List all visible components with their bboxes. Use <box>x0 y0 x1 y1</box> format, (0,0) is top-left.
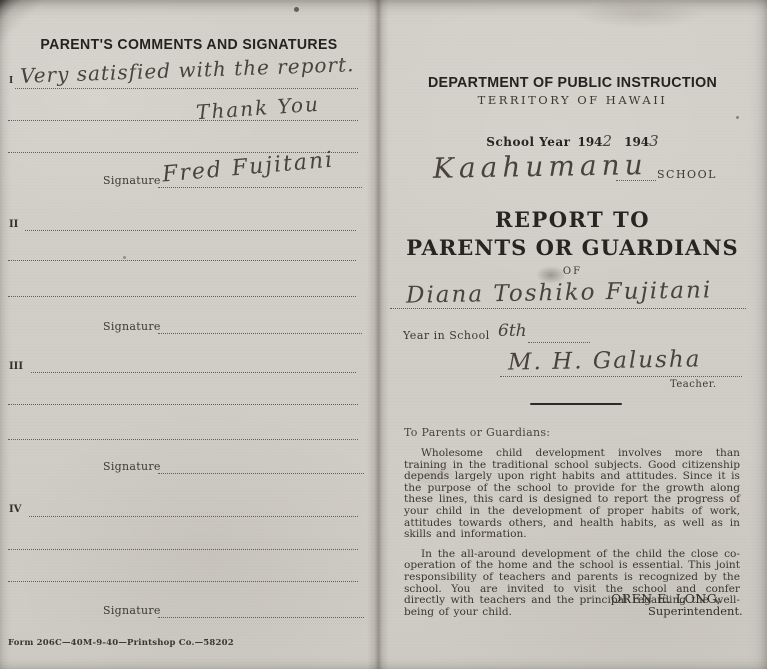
paper-speck <box>736 116 739 119</box>
salutation: To Parents or Guardians: <box>404 426 550 439</box>
dotted-line <box>8 581 358 582</box>
paper-speck <box>341 60 344 63</box>
school-year-line: School Year 194 2 194 3 <box>378 132 767 150</box>
section-numeral: II <box>9 219 18 230</box>
dotted-line <box>31 372 356 373</box>
page-title: PARENT'S COMMENTS AND SIGNATURES <box>11 36 366 53</box>
school-year-label: School Year <box>486 135 570 149</box>
school-year-prefix: 194 <box>577 135 602 149</box>
dotted-line <box>8 404 358 405</box>
section-numeral: I <box>9 76 13 86</box>
teacher-label: Teacher. <box>670 379 717 390</box>
paper-speck <box>294 7 299 12</box>
divider-rule <box>530 403 622 405</box>
paper-speck <box>123 256 126 259</box>
dotted-line <box>8 260 356 261</box>
school-year-prefix: 194 <box>624 135 649 149</box>
dotted-line <box>8 549 358 550</box>
territory-subtitle: TERRITORY OF HAWAII <box>378 93 767 107</box>
form-number: Form 206C—40M-9-40—Printshop Co.—58202 <box>8 638 234 648</box>
dotted-line <box>8 439 358 440</box>
superintendent-title: Superintendent. <box>648 604 743 618</box>
paper-stain <box>404 462 464 488</box>
dotted-line <box>158 617 364 618</box>
section-numeral: IV <box>9 504 21 515</box>
school-year-digit-handwriting: 2 <box>603 132 613 150</box>
dotted-line <box>500 376 742 377</box>
body-paragraph: Wholesome child development involves mor… <box>404 448 740 541</box>
section-numeral: III <box>9 361 23 372</box>
signature-label: Signature <box>103 604 161 617</box>
dotted-line <box>528 342 590 343</box>
dotted-line <box>158 473 364 474</box>
dotted-line <box>158 187 362 188</box>
comment-line-handwriting: Very satisfied with the report. <box>20 52 355 88</box>
right-page: DEPARTMENT OF PUBLIC INSTRUCTION TERRITO… <box>378 0 767 669</box>
report-title-line1: REPORT TO <box>378 207 767 232</box>
of-label: OF <box>378 266 767 277</box>
left-page: PARENT'S COMMENTS AND SIGNATURES I Very … <box>0 0 378 669</box>
dotted-line <box>390 308 746 309</box>
dotted-line <box>8 120 358 121</box>
department-title: DEPARTMENT OF PUBLIC INSTRUCTION <box>388 74 758 91</box>
dotted-line <box>15 88 358 89</box>
teacher-name-handwriting: M. H. Galusha <box>508 346 702 375</box>
report-title-line2: PARENTS OR GUARDIANS <box>378 235 767 260</box>
signature-label: Signature <box>103 174 161 187</box>
year-in-school-value: 6th <box>498 321 527 341</box>
dotted-line <box>158 333 362 334</box>
dotted-line <box>616 180 656 181</box>
signature-handwriting: Fred Fujitani <box>161 148 335 188</box>
dotted-line <box>8 296 356 297</box>
scanned-report-card: PARENT'S COMMENTS AND SIGNATURES I Very … <box>0 0 767 669</box>
paper-stain <box>575 0 705 28</box>
dotted-line <box>25 230 356 231</box>
school-label: SCHOOL <box>657 168 717 181</box>
signature-label: Signature <box>103 460 161 473</box>
school-year-digit-handwriting: 3 <box>649 132 659 150</box>
dotted-line <box>29 516 358 517</box>
paper-stain <box>536 266 566 284</box>
year-in-school-label: Year in School <box>403 329 490 342</box>
signature-label: Signature <box>103 320 161 333</box>
